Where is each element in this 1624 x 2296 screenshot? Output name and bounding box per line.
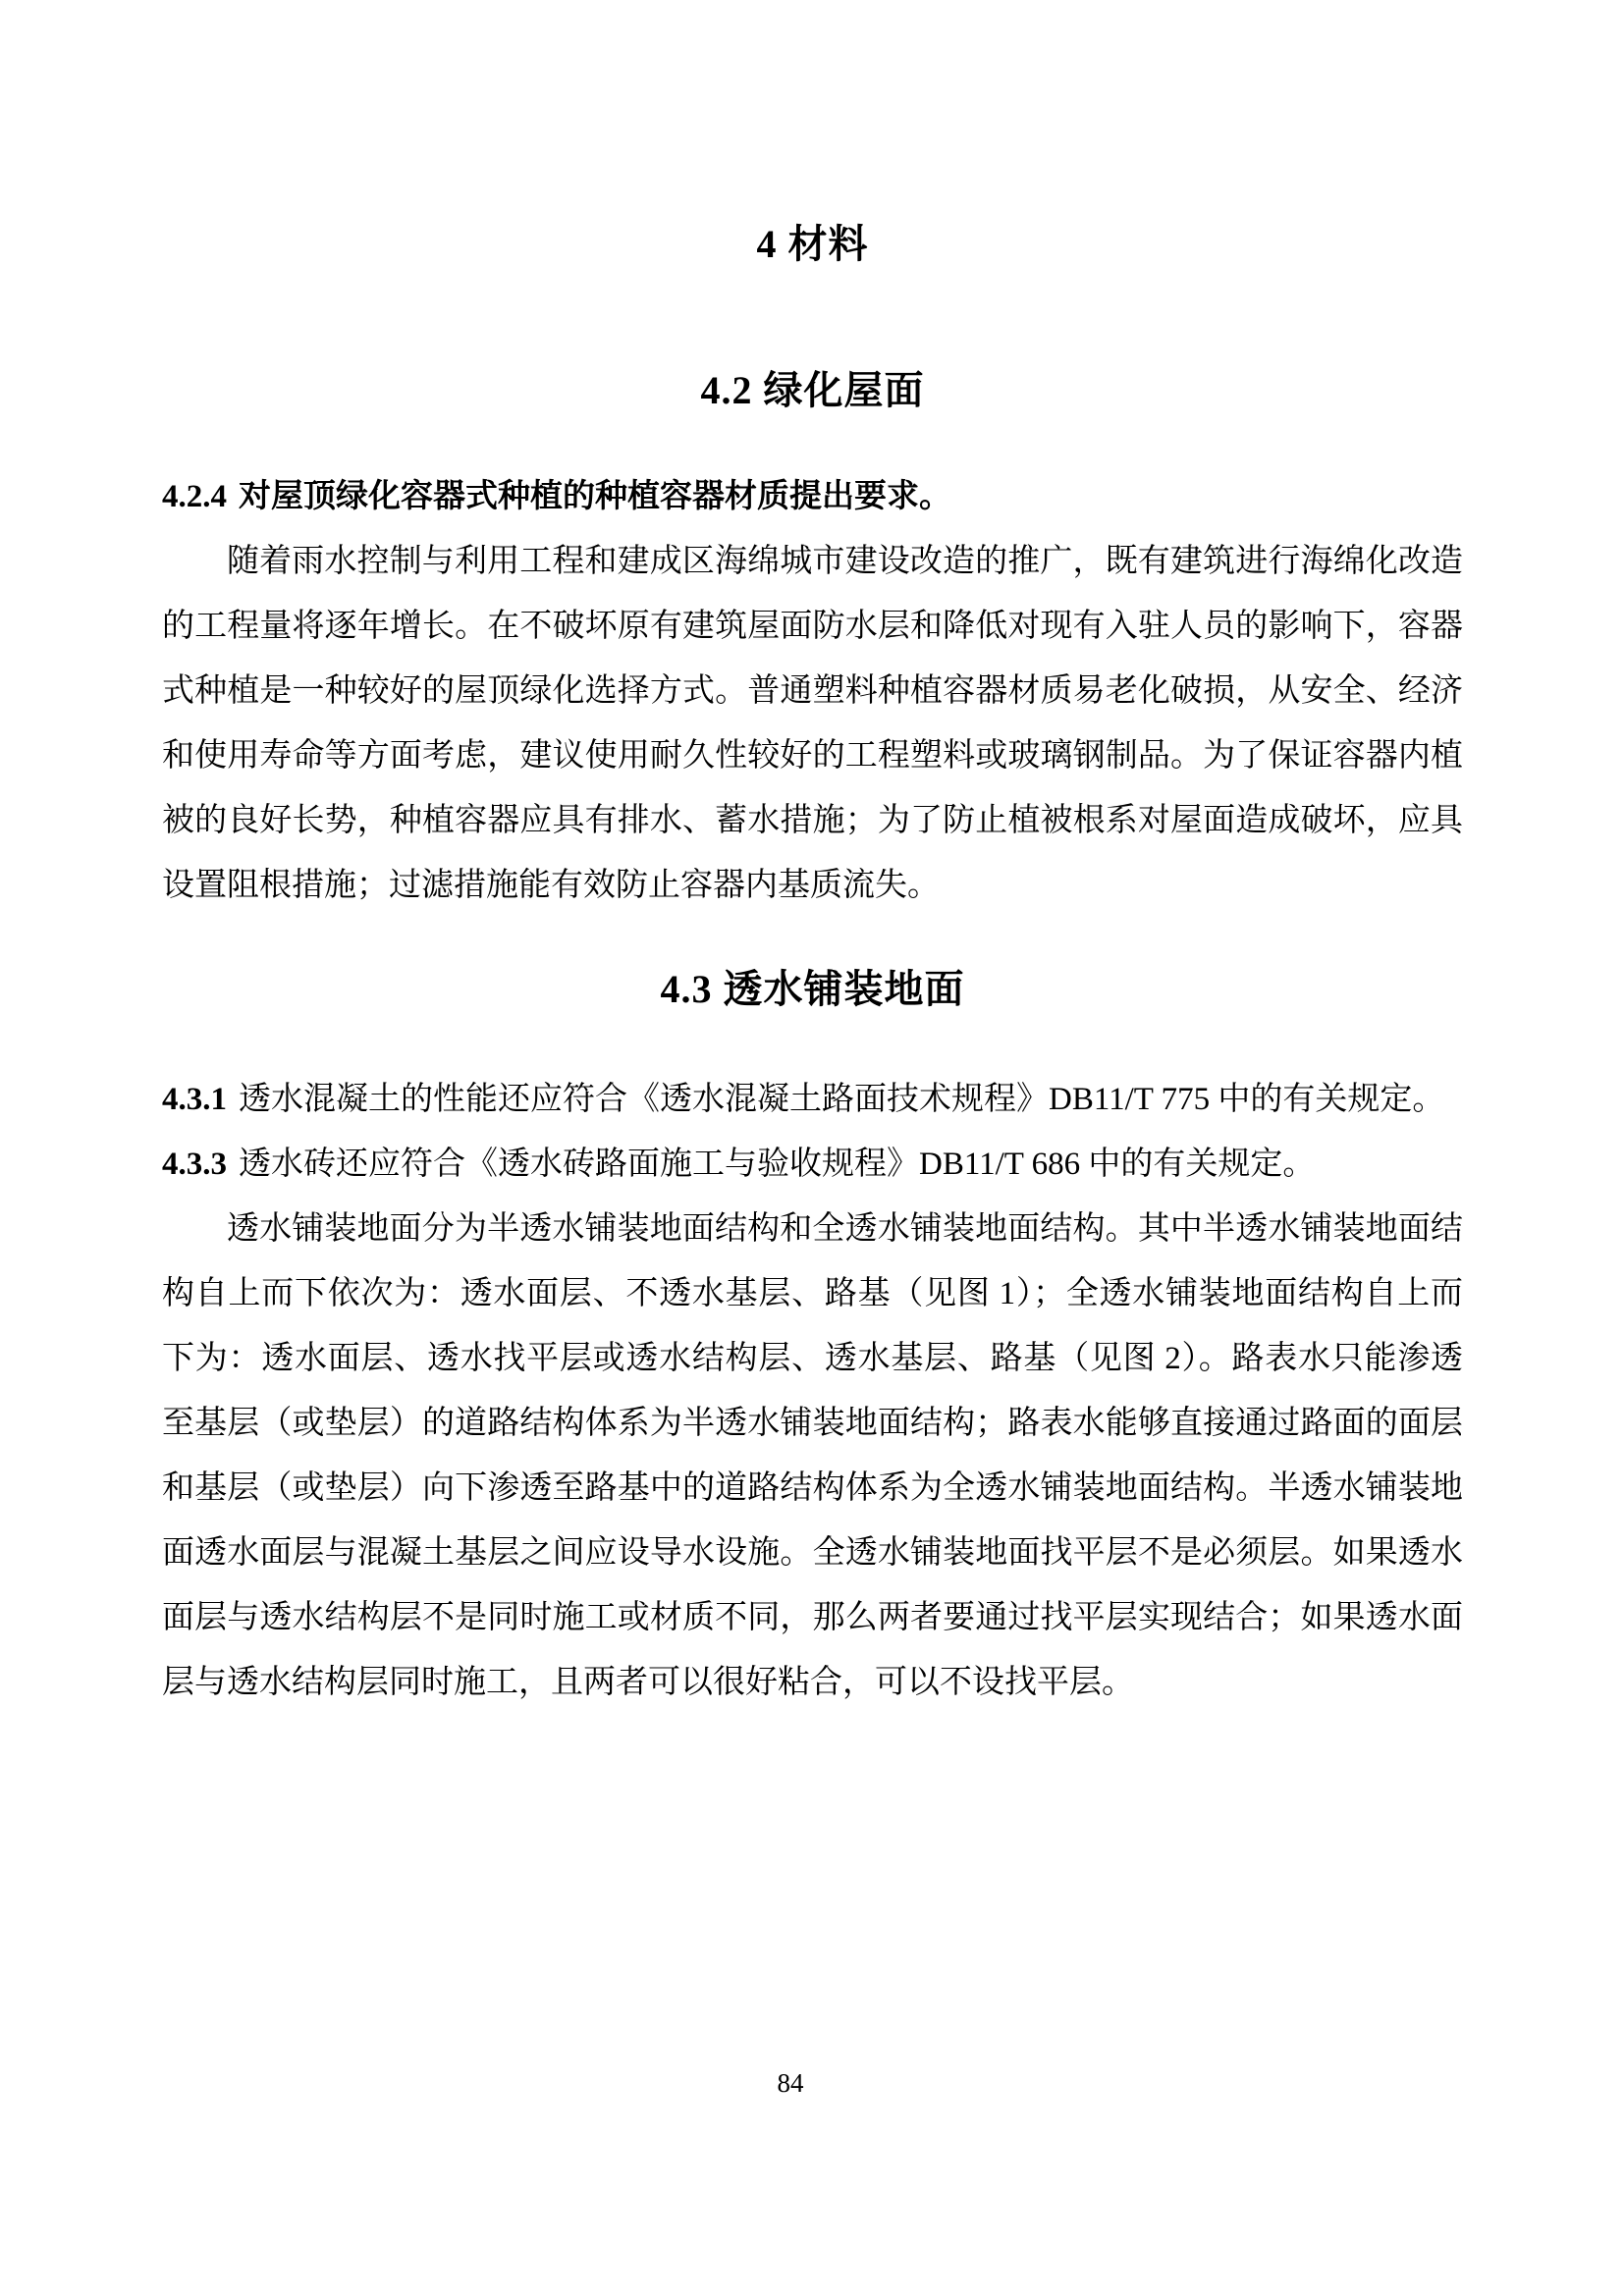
clause-text: 对屋顶绿化容器式种植的种植容器材质提出要求。 <box>239 479 951 514</box>
section-heading-4-3: 4.3 透水铺装地面 <box>162 966 1463 1013</box>
section-4-3-commentary-paragraph: 透水铺装地面分为半透水铺装地面结构和全透水铺装地面结构。其中半透水铺装地面结构自… <box>162 1197 1463 1715</box>
section-4-2-commentary-paragraph: 随着雨水控制与利用工程和建成区海绵城市建设改造的推广，既有建筑进行海绵化改造的工… <box>162 529 1463 918</box>
document-page: 4 材料 4.2 绿化屋面 4.2.4对屋顶绿化容器式种植的种植容器材质提出要求… <box>0 0 1624 2296</box>
chapter-title: 4 材料 <box>162 221 1463 268</box>
clause-4-3-1: 4.3.1透水混凝土的性能还应符合《透水混凝土路面技术规程》DB11/T 775… <box>162 1067 1463 1132</box>
clause-text: 透水砖还应符合《透水砖路面施工与验收规程》DB11/T 686 中的有关规定。 <box>239 1147 1315 1182</box>
clause-number: 4.3.3 <box>162 1147 227 1182</box>
clause-4-2-4: 4.2.4对屋顶绿化容器式种植的种植容器材质提出要求。 <box>162 464 1463 529</box>
page-number: 84 <box>0 2067 1581 2099</box>
clause-number: 4.3.1 <box>162 1082 227 1117</box>
clause-4-3-3: 4.3.3透水砖还应符合《透水砖路面施工与验收规程》DB11/T 686 中的有… <box>162 1132 1463 1197</box>
clause-number: 4.2.4 <box>162 479 227 514</box>
clause-text: 透水混凝土的性能还应符合《透水混凝土路面技术规程》DB11/T 775 中的有关… <box>239 1082 1444 1117</box>
section-heading-4-2: 4.2 绿化屋面 <box>162 367 1463 414</box>
